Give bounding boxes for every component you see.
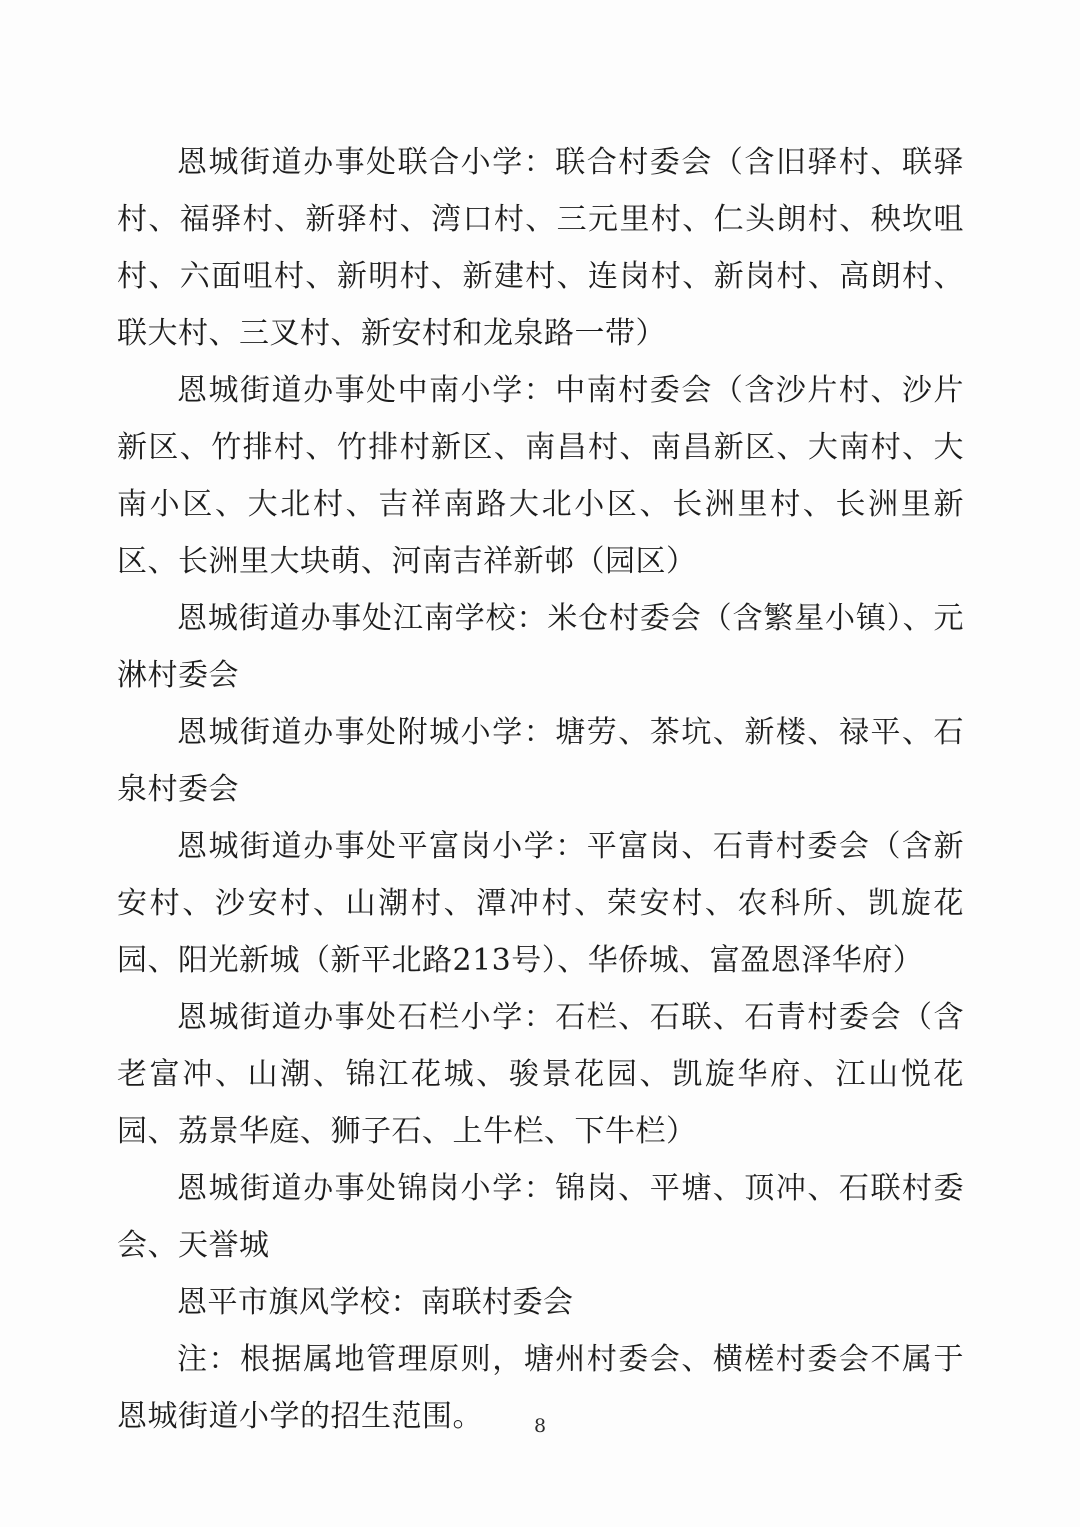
para-zhongnan-primary: 恩城街道办事处中南小学：中南村委会（含沙片村、沙片新区、竹排村、竹排村新区、南昌…: [117, 362, 964, 590]
page-number: 8: [0, 1415, 1080, 1437]
document-page: 恩城街道办事处联合小学：联合村委会（含旧驿村、联驿村、福驿村、新驿村、湾口村、三…: [0, 0, 1080, 1527]
para-lianhe-primary: 恩城街道办事处联合小学：联合村委会（含旧驿村、联驿村、福驿村、新驿村、湾口村、三…: [117, 134, 964, 362]
para-jingang-primary: 恩城街道办事处锦岗小学：锦岗、平塘、顶冲、石联村委会、天誉城: [117, 1160, 964, 1274]
para-shilan-primary: 恩城街道办事处石栏小学：石栏、石联、石青村委会（含老富冲、山潮、锦江花城、骏景花…: [117, 989, 964, 1160]
para-qifeng-school: 恩平市旗风学校：南联村委会: [117, 1274, 964, 1331]
para-fucheng-primary: 恩城街道办事处附城小学：塘劳、茶坑、新楼、禄平、石泉村委会: [117, 704, 964, 818]
para-pingfugang-primary: 恩城街道办事处平富岗小学：平富岗、石青村委会（含新安村、沙安村、山潮村、潭冲村、…: [117, 818, 964, 989]
document-body: 恩城街道办事处联合小学：联合村委会（含旧驿村、联驿村、福驿村、新驿村、湾口村、三…: [117, 134, 964, 1445]
para-jiangnan-school: 恩城街道办事处江南学校：米仓村委会（含繁星小镇）、元淋村委会: [117, 590, 964, 704]
